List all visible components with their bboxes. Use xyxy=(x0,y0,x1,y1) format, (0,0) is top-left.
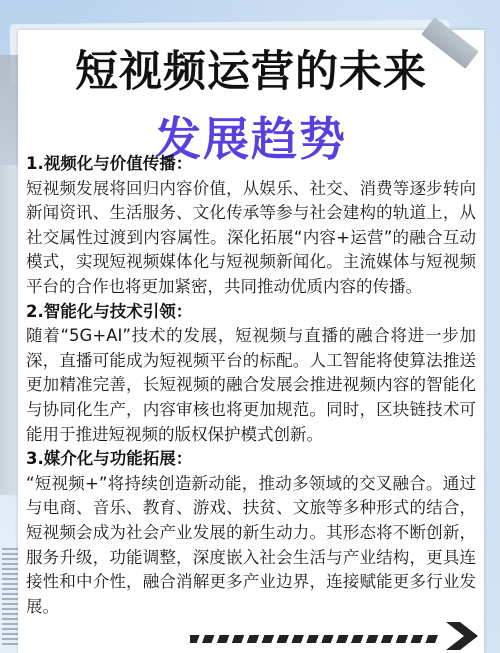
article-content: 1.视频化与价值传播： 短视频发展将回归内容价值，从娱乐、社交、消费等逐步转向新… xyxy=(26,152,476,619)
section-heading: 2.智能化与技术引领： xyxy=(26,300,476,325)
section-body: “短视频+”将持续创造新动能，推动多领域的交叉融合。通过与电商、音乐、教育、游戏… xyxy=(26,472,476,620)
section-heading: 1.视频化与价值传播： xyxy=(26,152,476,177)
section-body: 短视频发展将回归内容价值，从娱乐、社交、消费等逐步转向新闻资讯、生活服务、文化传… xyxy=(26,177,476,300)
section-heading: 3.媒介化与功能拓展： xyxy=(26,447,476,472)
arrow-stripes xyxy=(190,635,440,643)
section-2: 2.智能化与技术引领： 随着“5G+AI”技术的发展，短视频与直播的融合将进一步… xyxy=(26,300,476,448)
page-title: 短视频运营的未来 xyxy=(18,38,484,99)
left-paper-strip xyxy=(0,165,18,495)
barcode-icon xyxy=(2,548,18,648)
section-body: 随着“5G+AI”技术的发展，短视频与直播的融合将进一步加深，直播可能成为短视频… xyxy=(26,324,476,447)
left-tape-icon xyxy=(0,55,20,165)
section-1: 1.视频化与价值传播： 短视频发展将回归内容价值，从娱乐、社交、消费等逐步转向新… xyxy=(26,152,476,300)
chevron-right-icon xyxy=(440,622,480,650)
section-3: 3.媒介化与功能拓展： “短视频+”将持续创造新动能，推动多领域的交叉融合。通过… xyxy=(26,447,476,619)
dashed-arrow-right-icon xyxy=(190,622,480,650)
